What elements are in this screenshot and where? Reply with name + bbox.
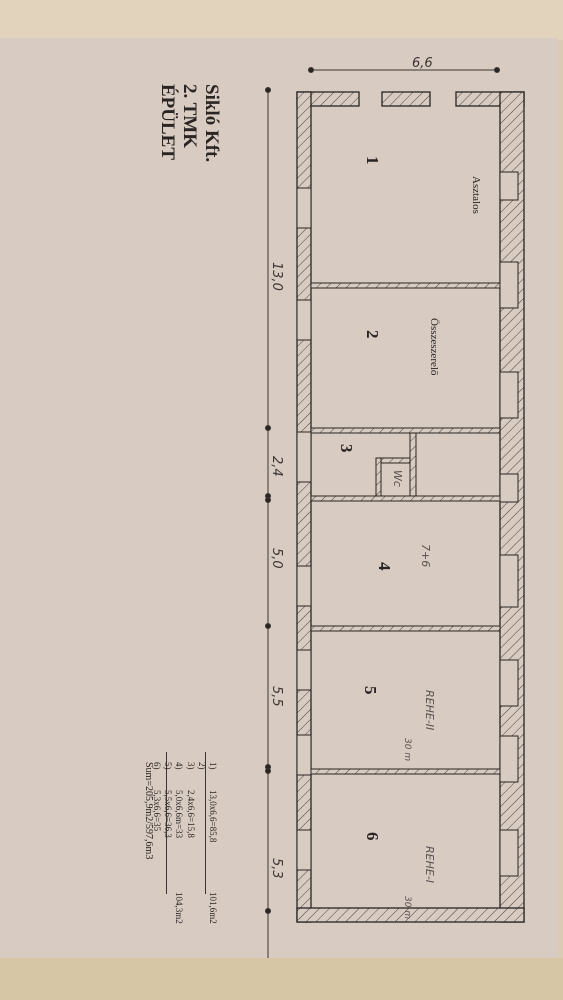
dim-section-3: 5,0 xyxy=(269,548,284,569)
calc-group1-total: 101,6m2 xyxy=(207,892,218,924)
calc-divider-2 xyxy=(166,752,167,894)
dim-section-4: 5,5 xyxy=(269,686,284,707)
calc-sum: Sum=205,9m2/597,6m3 xyxy=(143,762,154,859)
room-label-asztalos: Asztalos xyxy=(470,176,482,214)
room-number-2: 2 xyxy=(362,330,382,339)
title-line-tmk: 2. TMK xyxy=(178,84,200,162)
note-room6-small: 30 m xyxy=(402,896,412,919)
calc-index-5: 5) xyxy=(162,762,173,770)
note-room5-small: 30 m xyxy=(402,738,412,761)
room-number-5: 5 xyxy=(360,686,380,695)
calc-formula-4: 5,0x6,6m=33 xyxy=(173,790,184,838)
note-room6: REHE-I xyxy=(423,846,436,883)
dim-section-1: 13,0 xyxy=(269,262,284,291)
dim-section-2: 2,4 xyxy=(269,456,284,477)
calc-group2-formulas: 5,0x6,6m=33 5,5x6,6=36,3 5,3x6,6=35 xyxy=(151,790,184,838)
note-wc: Wc xyxy=(391,470,404,487)
title-block: Sikló Kft. 2. TMK ÉPÜLET xyxy=(156,84,222,162)
calc-index-4: 4) xyxy=(173,762,184,770)
title-line-company: Sikló Kft. xyxy=(200,84,222,162)
dim-width: 6,6 xyxy=(412,56,433,71)
calc-group2-total: 104,3m2 xyxy=(173,892,184,924)
calc-formula-3: 2,4x6,6=15,8 xyxy=(185,790,196,842)
room-number-3: 3 xyxy=(336,444,356,453)
dim-section-5: 5,3 xyxy=(269,858,284,879)
calc-group1-indices: 1) 2) 3) xyxy=(185,762,218,770)
calc-divider-1 xyxy=(205,752,206,894)
calc-group1-formulas: 13,0x6,6=85,8 2,4x6,6=15,8 xyxy=(185,790,218,842)
calc-formula-1: 13,0x6,6=85,8 xyxy=(207,790,218,842)
calc-group2-indices: 4) 5) 6) xyxy=(151,762,184,770)
calc-index-1: 1) xyxy=(207,762,218,770)
calc-index-3: 3) xyxy=(185,762,196,770)
title-line-building: ÉPÜLET xyxy=(156,84,178,162)
room-label-osszeszerelo: Összeszerelő xyxy=(428,318,440,375)
note-room5: REHE-II xyxy=(423,690,436,730)
note-room4: 7+6 xyxy=(419,544,432,567)
floor-plan-drawing xyxy=(0,0,563,1000)
room-number-6: 6 xyxy=(362,832,382,841)
room-number-1: 1 xyxy=(362,156,382,165)
room-number-4: 4 xyxy=(374,562,394,571)
calc-formula-5: 5,5x6,6=36,3 xyxy=(162,790,173,838)
